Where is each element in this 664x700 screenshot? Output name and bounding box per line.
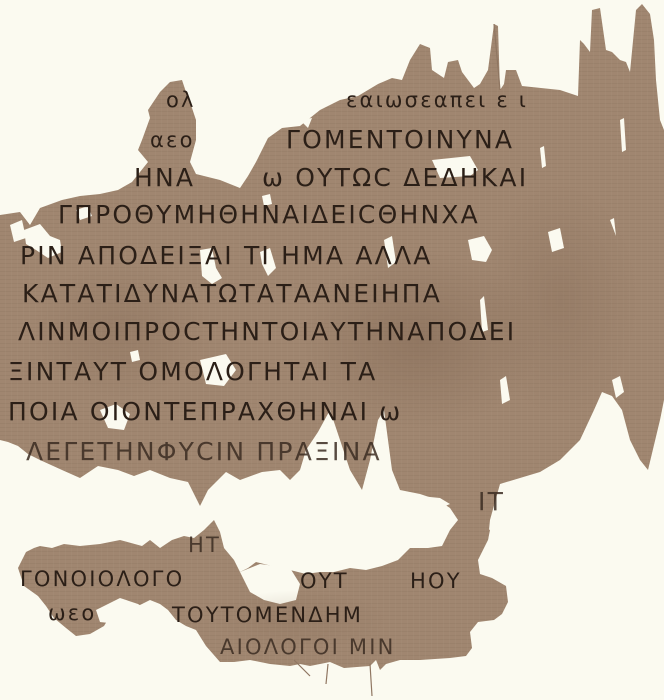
text-line: ΚΑΤΑΤΙΔΥΝΑΤΩΤΑΤΑΑΝΕΙΗΠΑ — [22, 279, 442, 308]
text-line: ΗΝΑ — [134, 163, 195, 192]
text-line: ΓΟΜΕΝΤΟΙΝΥΝΑ — [286, 125, 514, 154]
text-line: ΗΟΥ — [410, 569, 462, 593]
text-line: ΟΥΤ — [300, 569, 349, 593]
text-line: ΓΟΝΟΙΟΛΟΓΟ — [20, 567, 184, 591]
text-line: ΞΙΝΤΑΥΤ ΟΜΟΛΟΓΗΤΑΙ ΤΑ — [8, 357, 377, 386]
text-line: ΠΟΙΑ ΟΙΟΝΤΕΠΡΑΧΘΗΝΑΙ ω — [8, 397, 402, 426]
text-line: εαιωσεαπει ε ι — [346, 88, 528, 112]
text-line: ωεο — [48, 601, 96, 625]
text-line: ΗΤ — [188, 533, 221, 557]
text-line: ω ΟΥΤΩC ΔΕΔΗΚΑΙ — [262, 163, 528, 192]
papyrus-fragment-graphic: ολ εαιωσεαπει ε ι αεο ΓΟΜΕΝΤΟΙΝΥΝΑ ΗΝΑ ω… — [0, 0, 664, 700]
text-line: ΛΕΓΕΤΗΝΦΥCΙΝ ΠΡΑΞΙΝΑ — [26, 437, 382, 466]
text-line: ΤΟΥΤΟΜΕΝΔΗΜ — [171, 603, 363, 627]
text-line: ΙΤ — [478, 487, 505, 516]
text-line: ΑΙΟΛΟΓΟΙ ΜΙΝ — [220, 635, 396, 659]
text-line: αεο — [150, 128, 195, 152]
text-line: ΛΙΝΜΟΙΠΡΟCΤΗΝΤΟΙΑΥΤΗΝΑΠΟΔΕΙ — [18, 317, 516, 346]
papyrus-image: ολ εαιωσεαπει ε ι αεο ΓΟΜΕΝΤΟΙΝΥΝΑ ΗΝΑ ω… — [0, 0, 664, 700]
text-line: ΓΠΡΟΘΥΜΗΘΗΝΑΙΔΕΙCΘΗΝΧΑ — [58, 200, 480, 229]
text-line: ολ — [166, 88, 196, 112]
text-line: ΡΙΝ ΑΠΟΔΕΙΞΑΙ ΤΙ ΗΜΑ ΑΛΛΑ — [20, 241, 433, 270]
